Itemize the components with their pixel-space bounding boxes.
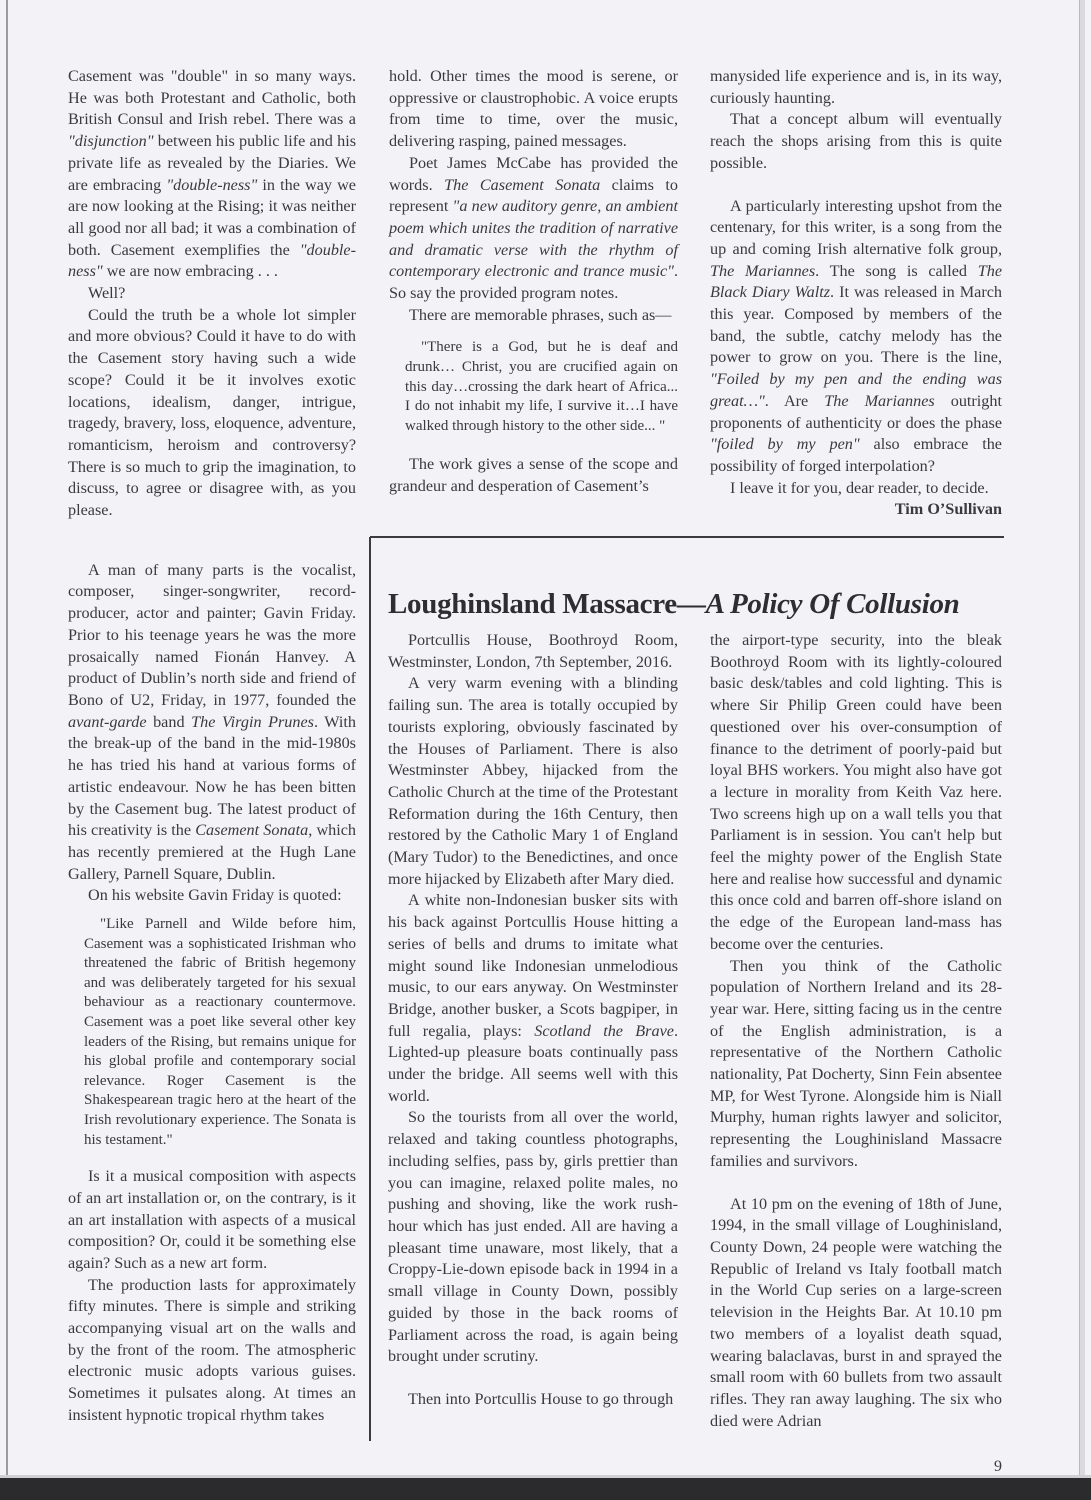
paragraph: A particularly interesting upshot from t… xyxy=(710,196,1002,478)
page-edge xyxy=(6,0,8,1476)
headline-subtitle: A Policy Of Collusion xyxy=(706,588,960,620)
article-column-5: the airport-type security, into the blea… xyxy=(710,630,1002,1432)
page-number: 9 xyxy=(994,1458,1002,1476)
paragraph: A white non-Indonesian busker sits with … xyxy=(388,890,678,1107)
paragraph: A man of many parts is the vocalist, com… xyxy=(68,560,356,886)
paragraph: At 10 pm on the evening of 18th of June,… xyxy=(710,1194,1002,1433)
paragraph: Portcullis House, Boothroyd Room, Westmi… xyxy=(388,630,678,673)
paragraph: On his website Gavin Friday is quoted: xyxy=(68,885,356,907)
paragraph: Casement was "double" in so many ways. H… xyxy=(68,66,356,283)
paragraph: There are memorable phrases, such as— xyxy=(389,305,678,327)
author-byline: Tim O’Sullivan xyxy=(710,499,1002,521)
paragraph: Then into Portcullis House to go through xyxy=(388,1389,678,1411)
page-edge xyxy=(1079,0,1085,1480)
column-divider xyxy=(369,537,371,1441)
block-quote: "There is a God, but he is deaf and drun… xyxy=(405,338,678,436)
paragraph: The work gives a sense of the scope and … xyxy=(389,454,678,497)
section-divider xyxy=(370,536,1004,538)
article-column-1: Casement was "double" in so many ways. H… xyxy=(68,66,356,1427)
block-quote: "Like Parnell and Wilde before him, Case… xyxy=(84,915,356,1150)
headline-main: Loughinsland Massacre— xyxy=(388,588,706,620)
paragraph: hold. Other times the mood is serene, or… xyxy=(389,66,678,153)
paragraph: Is it a musical composition with aspects… xyxy=(68,1166,356,1275)
paragraph: the airport-type security, into the blea… xyxy=(710,630,1002,956)
paragraph: Then you think of the Catholic populatio… xyxy=(710,956,1002,1173)
article-column-3: manysided life experience and is, in its… xyxy=(710,66,1002,521)
paragraph: So the tourists from all over the world,… xyxy=(388,1107,678,1367)
paragraph: A very warm evening with a blinding fail… xyxy=(388,673,678,890)
paragraph: Well? xyxy=(68,283,356,305)
article-headline: Loughinsland Massacre—A Policy Of Collus… xyxy=(388,586,1008,622)
paragraph: That a concept album will eventually rea… xyxy=(710,109,1002,174)
scan-bottom-edge xyxy=(0,1475,1091,1500)
article-column-2: hold. Other times the mood is serene, or… xyxy=(389,66,678,498)
paragraph: manysided life experience and is, in its… xyxy=(710,66,1002,109)
paragraph: I leave it for you, dear reader, to deci… xyxy=(710,478,1002,500)
paragraph: Could the truth be a whole lot simpler a… xyxy=(68,305,356,522)
paragraph: Poet James McCabe has provided the words… xyxy=(389,153,678,305)
paragraph: The production lasts for approximately f… xyxy=(68,1275,356,1427)
article-column-4: Portcullis House, Boothroyd Room, Westmi… xyxy=(388,630,678,1411)
